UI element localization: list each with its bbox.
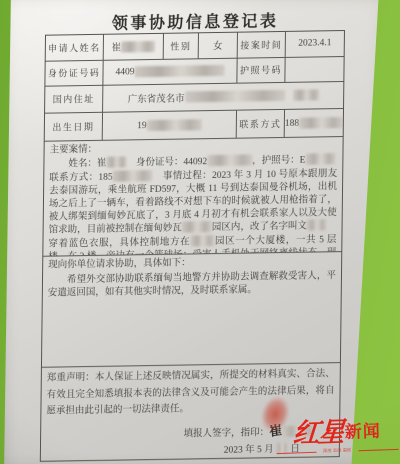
id-number-visible: 4409 — [115, 67, 134, 77]
applicant-name-value: 崔 — [104, 34, 164, 60]
case-narrative: 联系方式：185 事情过程：2023 年 3 月 10 号原本跟朋友去泰国游玩，… — [48, 167, 337, 256]
main-case-cell: 主要案情： 姓名：崔 身份证号：44092，护照号：E 联系方式：185 事情过… — [43, 137, 342, 256]
redaction-blur — [147, 119, 202, 131]
contact-value: 188 — [285, 109, 343, 137]
tagline-dash-right — [358, 448, 398, 450]
case-passport-part: ，护照号：E — [252, 156, 305, 167]
date-visible: 2023 年 5 月 — [224, 445, 274, 456]
redaction-blur — [182, 222, 212, 233]
case-contact-part: 联系方式：185 — [49, 173, 113, 184]
contact-visible: 188 — [285, 118, 299, 128]
redaction-blur — [305, 153, 335, 164]
redaction-blur — [134, 65, 224, 77]
main-case-section: 主要案情： 姓名：崔 身份证号：44092，护照号：E 联系方式：185 事情过… — [43, 137, 342, 257]
applicant-name-visible: 崔 — [111, 40, 121, 54]
brand-logo-text: 红星新闻 — [275, 417, 398, 448]
case-name-part: 姓名：崔 — [68, 159, 106, 170]
redaction-blur — [299, 117, 343, 129]
birth-date-label: 出生日期 — [45, 113, 103, 141]
birth-date-value: 19 — [103, 111, 237, 140]
registration-form-table: 申请人姓名 崔 性别 女 接案时间 2023.4.1 身份证号码 4409 护照… — [40, 30, 345, 462]
redaction-blur — [106, 156, 126, 167]
assistance-request-cell: 现向你单位请求协助，具体如下： 希望外交部协助联系缅甸当地警方并协助去调查解救受… — [42, 252, 341, 367]
form-photo-content: 领事协助信息登记表 申请人姓名 崔 性别 女 接案时间 2023.4.1 身份证… — [0, 0, 400, 464]
case-time-value: 2023.4.1 — [286, 31, 344, 57]
request-body: 希望外交部协助联系缅甸当地警方并协助去调查解救受害人，平安遣返回国，如有其他实时… — [48, 270, 336, 300]
case-time-label: 接案时间 — [238, 32, 286, 58]
case-id-part: 身份证号：44092 — [126, 157, 207, 168]
assistance-request-section: 现向你单位请求协助，具体如下： 希望外交部协助联系缅甸当地警方并协助去调查解救受… — [42, 252, 341, 368]
contact-label: 联系方式 — [237, 110, 285, 138]
domestic-address-value: 广东省茂名市 — [103, 82, 343, 113]
domestic-address-label: 国内住址 — [45, 85, 103, 113]
redaction-blur — [190, 235, 214, 246]
passport-number-label: 护照号码 — [237, 58, 285, 83]
passport-number-value — [285, 57, 343, 82]
gender-label: 性别 — [164, 33, 199, 58]
brand-part2: 新闻 — [345, 422, 382, 440]
redaction-blur — [121, 41, 155, 53]
redaction-blur — [293, 90, 319, 101]
case-story-part2: 园区内，改了名字叫文 — [212, 222, 307, 233]
redaction-blur — [185, 90, 285, 103]
id-number-label: 身份证号码 — [45, 61, 103, 86]
birth-date-visible: 19 — [137, 121, 147, 131]
redaction-blur — [113, 170, 153, 182]
red-star-news-watermark: 红星新闻 深度 态度 温度 — [275, 417, 398, 456]
domestic-address-visible: 广东省茂名市 — [128, 90, 185, 105]
tagline-dash-left — [277, 451, 317, 453]
brand-part1: 红星 — [292, 419, 344, 448]
id-number-value: 4409 — [103, 58, 237, 84]
applicant-name-label: 申请人姓名 — [46, 35, 104, 61]
gender-value: 女 — [199, 33, 238, 58]
redaction-blur — [207, 154, 252, 166]
redaction-blur — [307, 220, 327, 231]
brand-tagline: 深度 态度 温度 — [323, 448, 351, 453]
